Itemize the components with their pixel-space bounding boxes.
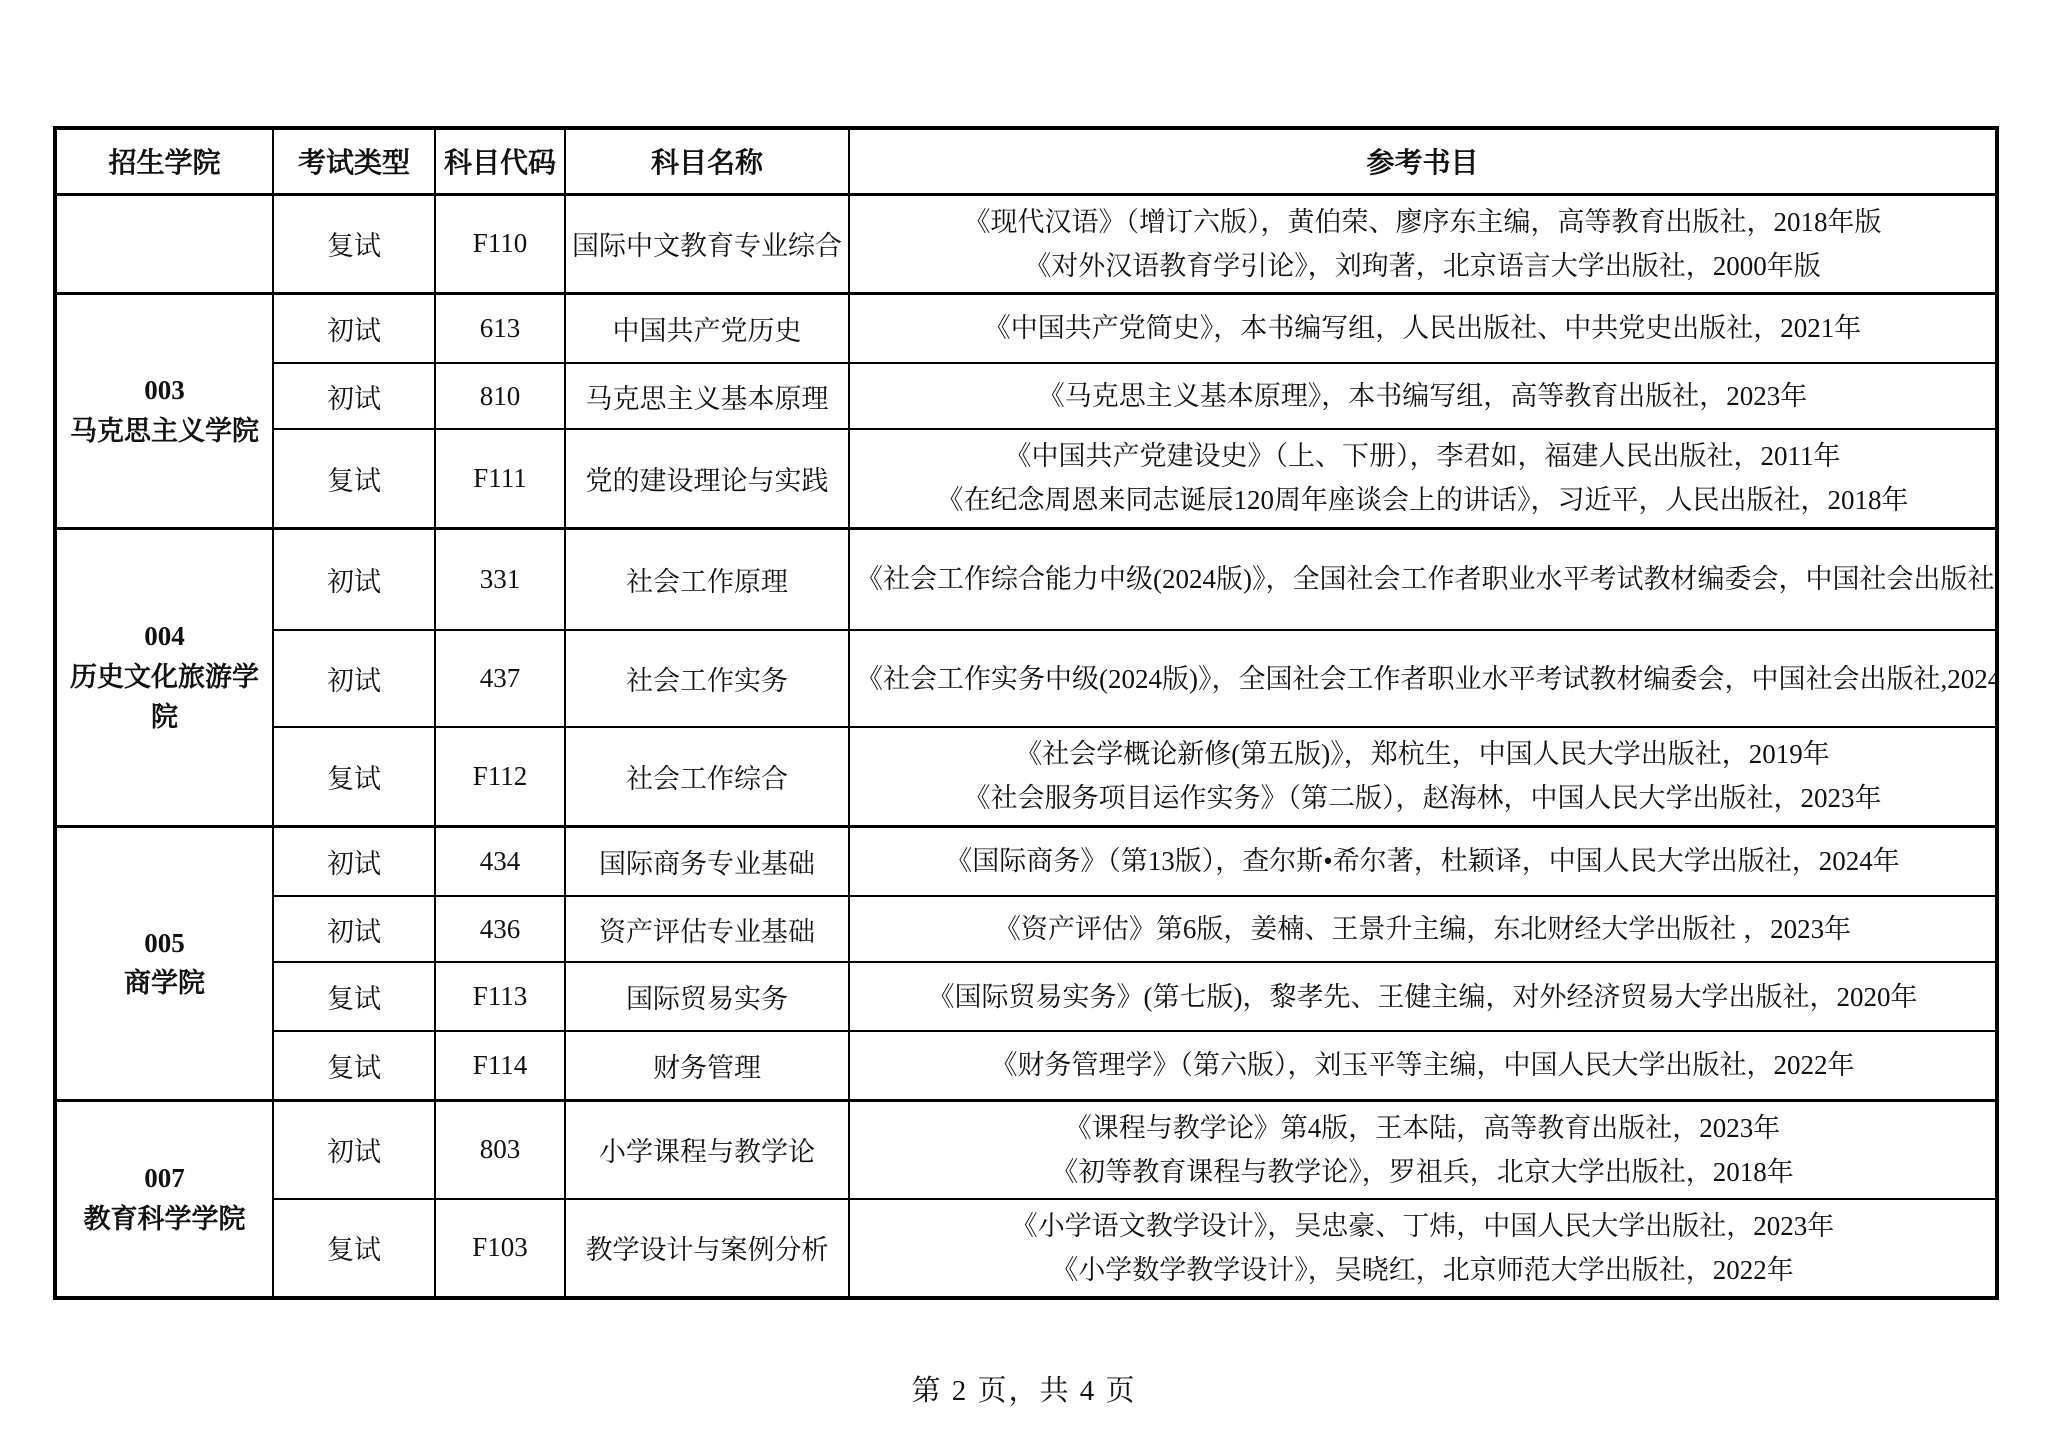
table-row: 004 历史文化旅游学院 初试 331 社会工作原理 《社会工作综合能力中级(2… [55,528,1997,630]
reference-line: 《社会工作实务中级(2024版)》，全国社会工作者职业水平考试教材编委会，中国社… [856,657,1989,701]
subject-name-cell: 社会工作综合 [565,727,849,826]
subject-code-cell: 434 [435,826,565,896]
exam-type-cell: 复试 [273,962,435,1031]
college-cell: 003 马克思主义学院 [55,293,273,528]
subject-code-cell: F112 [435,727,565,826]
references-cell: 《资产评估》第6版，姜楠、王景升主编，东北财经大学出版社 ，2023年 [849,896,1997,962]
exam-type-cell: 初试 [273,1100,435,1199]
exam-type-cell: 初试 [273,293,435,363]
reference-line: 《中国共产党简史》，本书编写组，人民出版社、中共党史出版社，2021年 [856,306,1989,350]
subject-code-cell: 437 [435,630,565,727]
subject-name-cell: 党的建设理论与实践 [565,429,849,528]
reference-line: 《现代汉语》（增订六版），黄伯荣、廖序东主编，高等教育出版社，2018年版 [856,200,1989,244]
reference-line: 《小学数学教学设计》，吴晓红，北京师范大学出版社，2022年 [856,1248,1989,1292]
exam-type-cell: 复试 [273,194,435,293]
header-subject-name: 科目名称 [565,128,849,194]
exam-type-cell: 复试 [273,1199,435,1298]
reference-books-table-wrap: 招生学院 考试类型 科目代码 科目名称 参考书目 复试 F110 国际中文教育专… [53,126,1999,1300]
subject-name-cell: 资产评估专业基础 [565,896,849,962]
college-code: 003 [63,370,266,411]
references-cell: 《国际商务》（第13版），查尔斯•希尔著，杜颖译，中国人民大学出版社，2024年 [849,826,1997,896]
college-name: 商学院 [63,963,266,1004]
reference-line: 《中国共产党建设史》（上、下册），李君如，福建人民出版社，2011年 [856,434,1989,478]
references-cell: 《课程与教学论》第4版，王本陆，高等教育出版社，2023年 《初等教育课程与教学… [849,1100,1997,1199]
reference-line: 《社会工作综合能力中级(2024版)》，全国社会工作者职业水平考试教材编委会，中… [856,557,1989,601]
table-row: 007 教育科学学院 初试 803 小学课程与教学论 《课程与教学论》第4版，王… [55,1100,1997,1199]
references-cell: 《小学语文教学设计》，吴忠豪、丁炜，中国人民大学出版社，2023年 《小学数学教… [849,1199,1997,1298]
college-cell: 004 历史文化旅游学院 [55,528,273,826]
table-row: 初试 810 马克思主义基本原理 《马克思主义基本原理》，本书编写组，高等教育出… [55,363,1997,429]
reference-books-table: 招生学院 考试类型 科目代码 科目名称 参考书目 复试 F110 国际中文教育专… [53,126,1999,1300]
references-cell: 《财务管理学》（第六版），刘玉平等主编，中国人民大学出版社，2022年 [849,1031,1997,1100]
exam-type-cell: 复试 [273,1031,435,1100]
subject-name-cell: 国际商务专业基础 [565,826,849,896]
references-cell: 《中国共产党建设史》（上、下册），李君如，福建人民出版社，2011年 《在纪念周… [849,429,1997,528]
page-number-footer: 第 2 页，共 4 页 [0,1368,2048,1409]
subject-name-cell: 国际贸易实务 [565,962,849,1031]
references-cell: 《马克思主义基本原理》，本书编写组，高等教育出版社，2023年 [849,363,1997,429]
table-row: 初试 436 资产评估专业基础 《资产评估》第6版，姜楠、王景升主编，东北财经大… [55,896,1997,962]
table-row: 复试 F110 国际中文教育专业综合 《现代汉语》（增订六版），黄伯荣、廖序东主… [55,194,1997,293]
reference-line: 《资产评估》第6版，姜楠、王景升主编，东北财经大学出版社 ，2023年 [856,907,1989,951]
reference-line: 《社会服务项目运作实务》（第二版），赵海林，中国人民大学出版社，2023年 [856,776,1989,820]
header-references: 参考书目 [849,128,1997,194]
subject-code-cell: F103 [435,1199,565,1298]
table-row: 复试 F111 党的建设理论与实践 《中国共产党建设史》（上、下册），李君如，福… [55,429,1997,528]
college-cell-empty [55,194,273,293]
college-name: 历史文化旅游学院 [63,657,266,738]
reference-line: 《财务管理学》（第六版），刘玉平等主编，中国人民大学出版社，2022年 [856,1043,1989,1087]
references-cell: 《现代汉语》（增订六版），黄伯荣、廖序东主编，高等教育出版社，2018年版 《对… [849,194,1997,293]
header-college: 招生学院 [55,128,273,194]
college-cell: 005 商学院 [55,826,273,1100]
reference-line: 《社会学概论新修(第五版)》，郑杭生，中国人民大学出版社，2019年 [856,732,1989,776]
references-cell: 《中国共产党简史》，本书编写组，人民出版社、中共党史出版社，2021年 [849,293,1997,363]
subject-code-cell: 803 [435,1100,565,1199]
subject-code-cell: 613 [435,293,565,363]
table-row: 初试 437 社会工作实务 《社会工作实务中级(2024版)》，全国社会工作者职… [55,630,1997,727]
subject-code-cell: 331 [435,528,565,630]
header-subject-code: 科目代码 [435,128,565,194]
subject-name-cell: 马克思主义基本原理 [565,363,849,429]
subject-name-cell: 社会工作原理 [565,528,849,630]
college-code: 004 [63,616,266,657]
college-code: 007 [63,1158,266,1199]
reference-line: 《马克思主义基本原理》，本书编写组，高等教育出版社，2023年 [856,374,1989,418]
reference-line: 《国际商务》（第13版），查尔斯•希尔著，杜颖译，中国人民大学出版社，2024年 [856,839,1989,883]
exam-type-cell: 初试 [273,896,435,962]
table-row: 复试 F113 国际贸易实务 《国际贸易实务》(第七版)，黎孝先、王健主编，对外… [55,962,1997,1031]
header-exam-type: 考试类型 [273,128,435,194]
subject-code-cell: 436 [435,896,565,962]
table-row: 复试 F112 社会工作综合 《社会学概论新修(第五版)》，郑杭生，中国人民大学… [55,727,1997,826]
reference-line: 《课程与教学论》第4版，王本陆，高等教育出版社，2023年 [856,1106,1989,1150]
table-row: 003 马克思主义学院 初试 613 中国共产党历史 《中国共产党简史》，本书编… [55,293,1997,363]
references-cell: 《社会工作综合能力中级(2024版)》，全国社会工作者职业水平考试教材编委会，中… [849,528,1997,630]
references-cell: 《国际贸易实务》(第七版)，黎孝先、王健主编，对外经济贸易大学出版社，2020年 [849,962,1997,1031]
references-cell: 《社会工作实务中级(2024版)》，全国社会工作者职业水平考试教材编委会，中国社… [849,630,1997,727]
college-code: 005 [63,923,266,964]
reference-line: 《小学语文教学设计》，吴忠豪、丁炜，中国人民大学出版社，2023年 [856,1204,1989,1248]
college-cell: 007 教育科学学院 [55,1100,273,1298]
exam-type-cell: 初试 [273,363,435,429]
subject-name-cell: 财务管理 [565,1031,849,1100]
exam-type-cell: 复试 [273,429,435,528]
table-header-row: 招生学院 考试类型 科目代码 科目名称 参考书目 [55,128,1997,194]
table-row: 复试 F114 财务管理 《财务管理学》（第六版），刘玉平等主编，中国人民大学出… [55,1031,1997,1100]
subject-code-cell: F114 [435,1031,565,1100]
exam-type-cell: 初试 [273,630,435,727]
reference-line: 《对外汉语教育学引论》，刘珣著，北京语言大学出版社，2000年版 [856,244,1989,288]
subject-name-cell: 中国共产党历史 [565,293,849,363]
subject-code-cell: 810 [435,363,565,429]
exam-type-cell: 初试 [273,528,435,630]
table-row: 005 商学院 初试 434 国际商务专业基础 《国际商务》（第13版），查尔斯… [55,826,1997,896]
subject-code-cell: F113 [435,962,565,1031]
subject-name-cell: 国际中文教育专业综合 [565,194,849,293]
subject-code-cell: F110 [435,194,565,293]
table-row: 复试 F103 教学设计与案例分析 《小学语文教学设计》，吴忠豪、丁炜，中国人民… [55,1199,1997,1298]
references-cell: 《社会学概论新修(第五版)》，郑杭生，中国人民大学出版社，2019年 《社会服务… [849,727,1997,826]
reference-line: 《在纪念周恩来同志诞辰120周年座谈会上的讲话》，习近平，人民出版社，2018年 [856,478,1989,522]
college-name: 马克思主义学院 [63,411,266,452]
college-name: 教育科学学院 [63,1199,266,1240]
reference-line: 《国际贸易实务》(第七版)，黎孝先、王健主编，对外经济贸易大学出版社，2020年 [856,975,1989,1019]
exam-type-cell: 初试 [273,826,435,896]
subject-name-cell: 小学课程与教学论 [565,1100,849,1199]
exam-type-cell: 复试 [273,727,435,826]
subject-code-cell: F111 [435,429,565,528]
subject-name-cell: 教学设计与案例分析 [565,1199,849,1298]
subject-name-cell: 社会工作实务 [565,630,849,727]
reference-line: 《初等教育课程与教学论》，罗祖兵，北京大学出版社，2018年 [856,1150,1989,1194]
